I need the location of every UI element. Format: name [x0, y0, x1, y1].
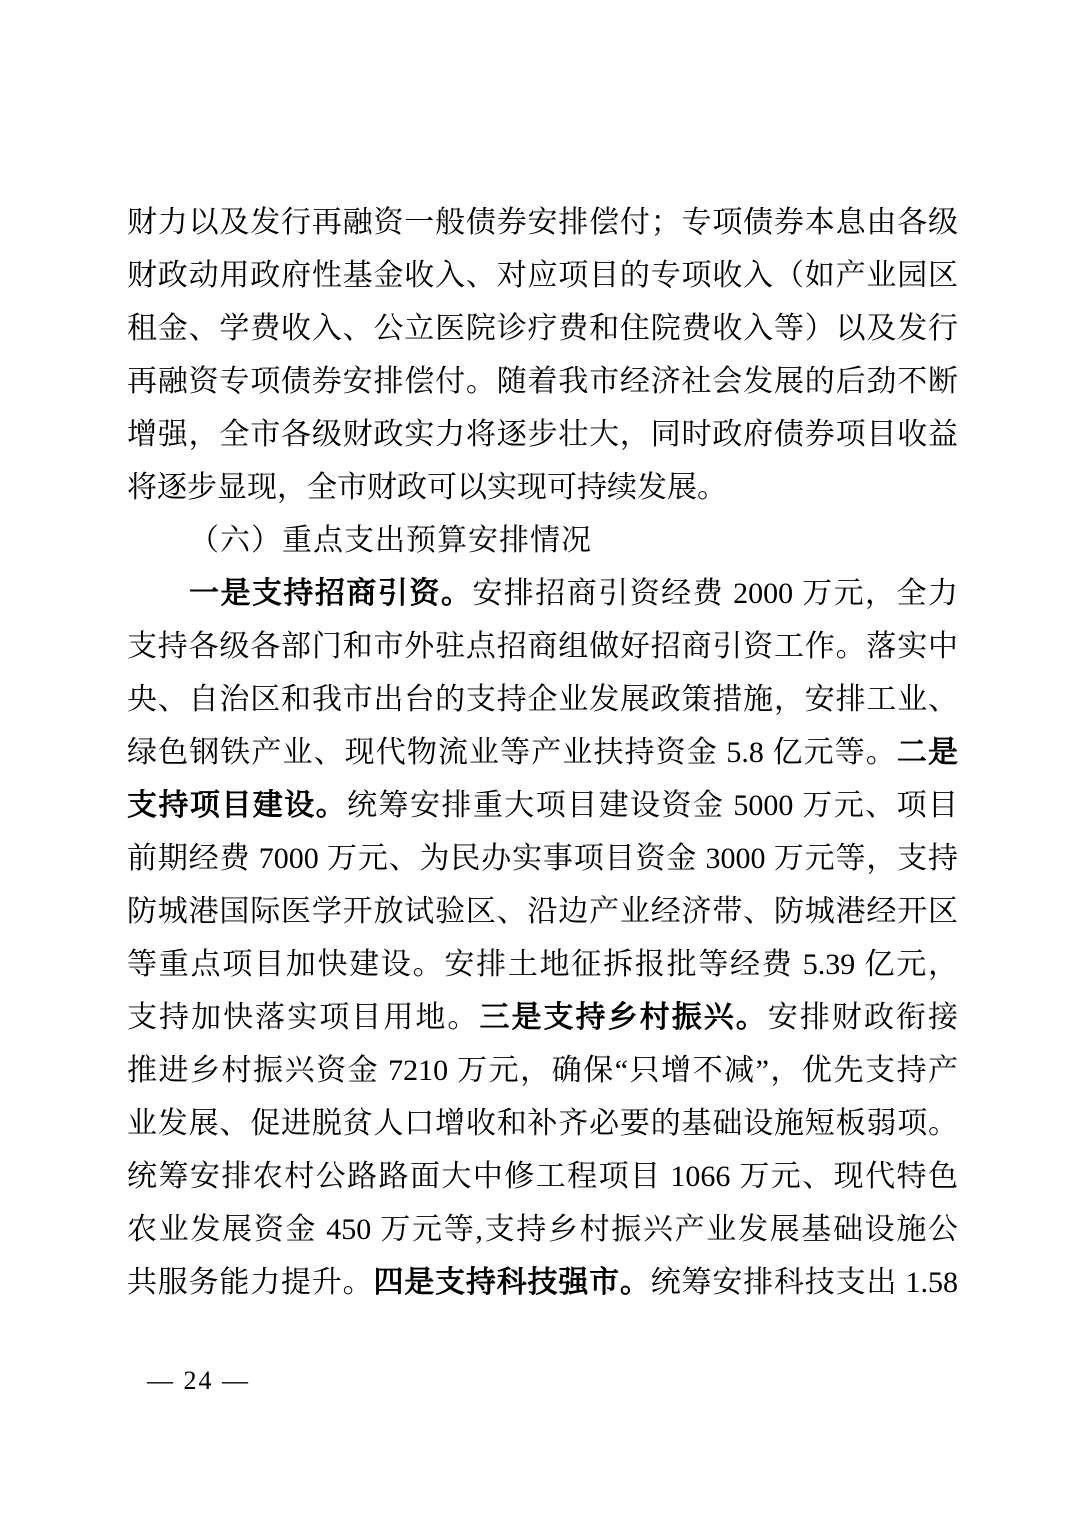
text-line: 将逐步显现，全市财政可以实现可持续发展。 [127, 461, 958, 514]
text-line: 增强，全市各级财政实力将逐步壮大，同时政府债券项目收益 [127, 408, 958, 461]
bold-text-segment: 二是 [897, 736, 958, 769]
text-segment: 业发展、促进脱贫人口增收和补齐必要的基础设施短板弱项。 [127, 1107, 958, 1140]
text-segment: 等重点项目加快建设。安排土地征拆报批等经费 5.39 亿元， [127, 948, 958, 981]
text-line: 支持各级各部门和市外驻点招商组做好招商引资工作。落实中 [127, 620, 958, 673]
text-segment: 绿色钢铁产业、现代物流业等产业扶持资金 5.8 亿元等。 [127, 736, 897, 769]
text-line: 再融资专项债券安排偿付。随着我市经济社会发展的后劲不断 [127, 355, 958, 408]
text-segment: 统筹安排重大项目建设资金 5000 万元、项目 [347, 789, 958, 822]
text-segment: 共服务能力提升。 [127, 1266, 373, 1299]
text-segment: 农业发展资金 450 万元等,支持乡村振兴产业发展基础设施公 [127, 1213, 958, 1246]
text-segment: 前期经费 7000 万元、为民办实事项目资金 3000 万元等，支持 [127, 842, 958, 875]
text-line: 财力以及发行再融资一般债券安排偿付；专项债券本息由各级 [127, 196, 958, 249]
text-block: 财力以及发行再融资一般债券安排偿付；专项债券本息由各级财政动用政府性基金收入、对… [127, 196, 958, 1309]
bold-text-segment: 三是支持乡村振兴。 [479, 1001, 767, 1034]
text-line: 绿色钢铁产业、现代物流业等产业扶持资金 5.8 亿元等。二是 [127, 726, 958, 779]
text-segment: 统筹安排科技支出 1.58 [651, 1266, 958, 1299]
text-segment: 租金、学费收入、公立医院诊疗费和住院费收入等）以及发行 [127, 312, 958, 345]
bold-text-segment: 一是支持招商引资。 [189, 577, 472, 610]
text-segment: 统筹安排农村公路路面大中修工程项目 1066 万元、现代特色 [127, 1160, 958, 1193]
text-segment: 安排招商引资经费 2000 万元，全力 [472, 577, 958, 610]
text-line: 共服务能力提升。四是支持科技强市。统筹安排科技支出 1.58 [127, 1256, 958, 1309]
section-heading: （六）重点支出预算安排情况 [127, 514, 958, 567]
text-line: 等重点项目加快建设。安排土地征拆报批等经费 5.39 亿元， [127, 938, 958, 991]
text-line: 租金、学费收入、公立医院诊疗费和住院费收入等）以及发行 [127, 302, 958, 355]
page-number: — 24 — [147, 1368, 250, 1394]
text-line: 推进乡村振兴资金 7210 万元，确保“只增不减”，优先支持产 [127, 1044, 958, 1097]
text-segment: 财力以及发行再融资一般债券安排偿付；专项债券本息由各级 [127, 206, 958, 239]
text-line: 防城港国际医学开放试验区、沿边产业经济带、防城港经开区 [127, 885, 958, 938]
text-line: 支持加快落实项目用地。三是支持乡村振兴。安排财政衔接 [127, 991, 958, 1044]
bold-text-segment: 四是支持科技强市。 [373, 1266, 650, 1299]
text-segment: 增强，全市各级财政实力将逐步壮大，同时政府债券项目收益 [127, 418, 958, 451]
text-line: 前期经费 7000 万元、为民办实事项目资金 3000 万元等，支持 [127, 832, 958, 885]
text-line: 财政动用政府性基金收入、对应项目的专项收入（如产业园区 [127, 249, 958, 302]
text-segment: 支持各级各部门和市外驻点招商组做好招商引资工作。落实中 [127, 630, 958, 663]
bold-text-segment: 支持项目建设。 [127, 789, 347, 822]
text-segment: （六）重点支出预算安排情况 [189, 524, 592, 557]
text-segment: 推进乡村振兴资金 7210 万元，确保“只增不减”，优先支持产 [127, 1054, 958, 1087]
text-segment: 央、自治区和我市出台的支持企业发展政策措施，安排工业、 [127, 683, 958, 716]
text-line: 农业发展资金 450 万元等,支持乡村振兴产业发展基础设施公 [127, 1203, 958, 1256]
text-line: 统筹安排农村公路路面大中修工程项目 1066 万元、现代特色 [127, 1150, 958, 1203]
text-segment: 财政动用政府性基金收入、对应项目的专项收入（如产业园区 [127, 259, 958, 292]
text-line: 业发展、促进脱贫人口增收和补齐必要的基础设施短板弱项。 [127, 1097, 958, 1150]
document-page: 财力以及发行再融资一般债券安排偿付；专项债券本息由各级财政动用政府性基金收入、对… [0, 0, 1074, 1520]
text-segment: 安排财政衔接 [768, 1001, 958, 1034]
text-segment: 将逐步显现，全市财政可以实现可持续发展。 [127, 471, 727, 504]
text-segment: 防城港国际医学开放试验区、沿边产业经济带、防城港经开区 [127, 895, 958, 928]
text-segment: 再融资专项债券安排偿付。随着我市经济社会发展的后劲不断 [127, 365, 958, 398]
text-line: 一是支持招商引资。安排招商引资经费 2000 万元，全力 [127, 567, 958, 620]
text-line: 央、自治区和我市出台的支持企业发展政策措施，安排工业、 [127, 673, 958, 726]
text-line: 支持项目建设。统筹安排重大项目建设资金 5000 万元、项目 [127, 779, 958, 832]
text-segment: 支持加快落实项目用地。 [127, 1001, 479, 1034]
